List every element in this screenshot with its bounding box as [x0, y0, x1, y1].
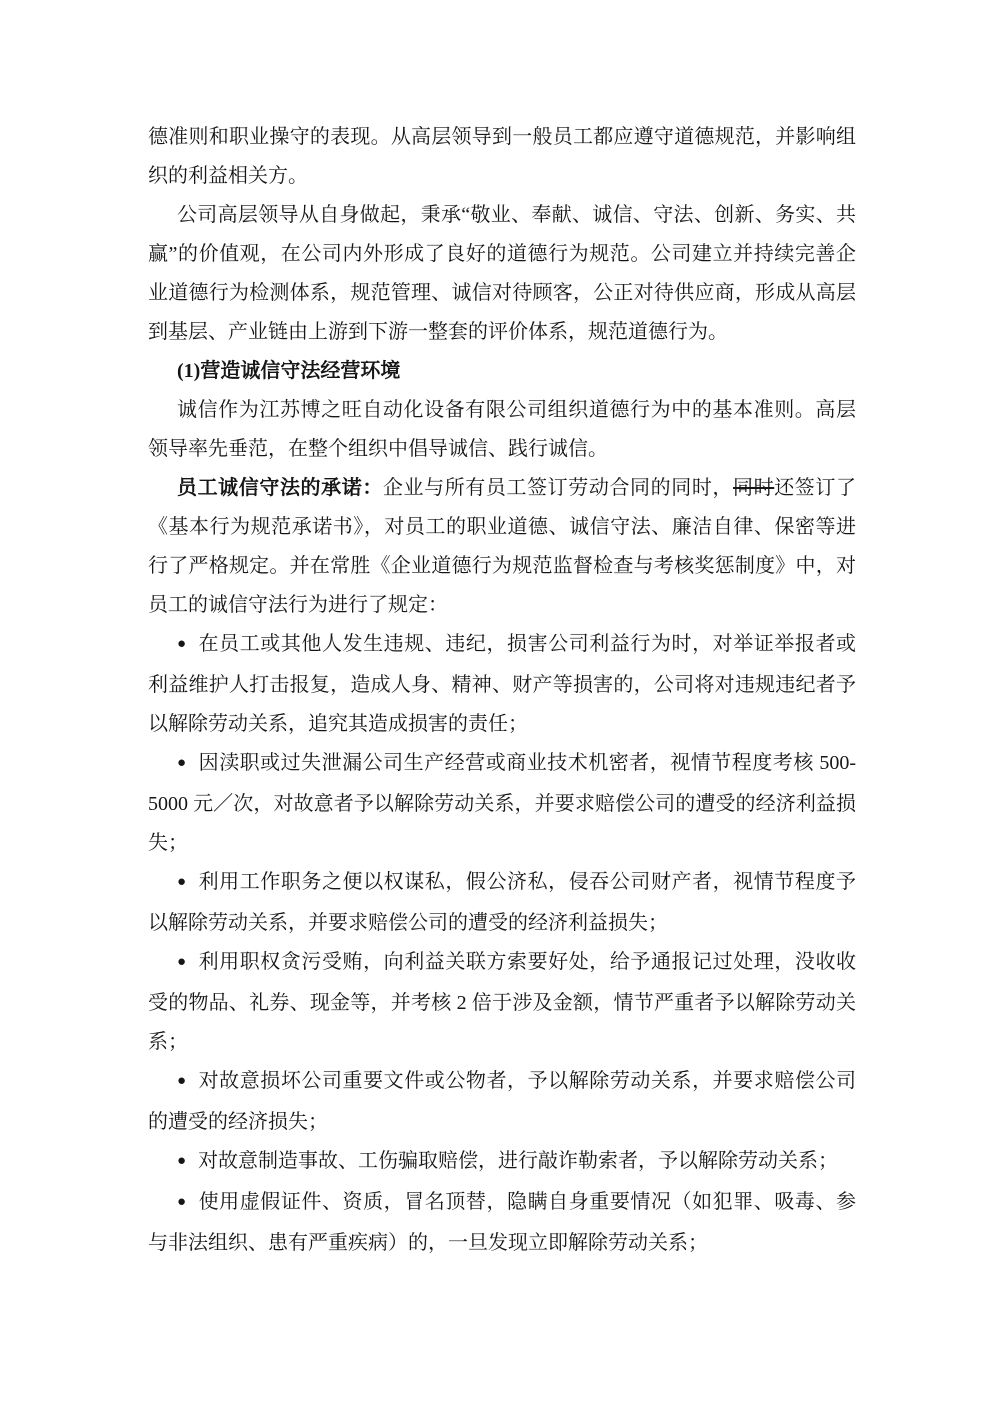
- bullet-text: 因渎职或过失泄漏公司生产经营或商业技术机密者，视情节程度考核 500-5000 …: [148, 752, 856, 854]
- bullet-item-2: ●因渎职或过失泄漏公司生产经营或商业技术机密者，视情节程度考核 500-5000…: [148, 744, 856, 863]
- bullet-icon: ●: [177, 1194, 187, 1210]
- bullet-item-7: ●使用虚假证件、资质，冒名顶替，隐瞒自身重要情况（如犯罪、吸毒、参与非法组织、患…: [148, 1183, 856, 1263]
- bullet-icon: ●: [177, 1153, 186, 1169]
- paragraph-employee-commitment: 员工诚信守法的承诺：企业与所有员工签订劳动合同的同时，同时还签订了《基本行为规范…: [148, 469, 856, 625]
- bullet-icon: ●: [177, 954, 187, 970]
- bullet-icon: ●: [177, 755, 187, 771]
- bullet-text: 利用职权贪污受贿，向利益关联方索要好处，给予通报记过处理，没收收受的物品、礼券、…: [148, 951, 856, 1053]
- commitment-text: 企业与所有员工签订劳动合同的同时，: [383, 477, 733, 499]
- bullet-text: 使用虚假证件、资质，冒名顶替，隐瞒自身重要情况（如犯罪、吸毒、参与非法组织、患有…: [148, 1191, 856, 1254]
- bullet-item-1: ●在员工或其他人发生违规、违纪，损害公司利益行为时，对举证举报者或利益维护人打击…: [148, 625, 856, 744]
- bullet-item-6: ●对故意制造事故、工伤骗取赔偿，进行敲诈勒索者，予以解除劳动关系；: [148, 1142, 856, 1183]
- bullet-item-3: ●利用工作职务之便以权谋私，假公济私，侵吞公司财产者，视情节程度予以解除劳动关系…: [148, 863, 856, 943]
- paragraph-integrity-intro: 诚信作为江苏博之旺自动化设备有限公司组织道德行为中的基本准则。高层领导率先垂范，…: [148, 391, 856, 469]
- bullet-text: 对故意制造事故、工伤骗取赔偿，进行敲诈勒索者，予以解除劳动关系；: [198, 1150, 838, 1172]
- bullet-item-5: ●对故意损坏公司重要文件或公物者，予以解除劳动关系，并要求赔偿公司的遭受的经济损…: [148, 1062, 856, 1142]
- bullet-text: 对故意损坏公司重要文件或公物者，予以解除劳动关系，并要求赔偿公司的遭受的经济损失…: [148, 1070, 856, 1133]
- document-page: 德准则和职业操守的表现。从高层领导到一般员工都应遵守道德规范，并影响组织的利益相…: [0, 0, 992, 1403]
- section-heading-1: (1)营造诚信守法经营环境: [148, 352, 856, 391]
- bullet-item-4: ●利用职权贪污受贿，向利益关联方索要好处，给予通报记过处理，没收收受的物品、礼券…: [148, 943, 856, 1062]
- paragraph-values: 公司高层领导从自身做起，秉承“敬业、奉献、诚信、守法、创新、务实、共赢”的价值观…: [148, 196, 856, 352]
- bullet-list: ●在员工或其他人发生违规、违纪，损害公司利益行为时，对举证举报者或利益维护人打击…: [148, 625, 856, 1263]
- bullet-icon: ●: [177, 874, 187, 890]
- commitment-lead-bold: 员工诚信守法的承诺：: [177, 477, 383, 499]
- strikethrough-text: 同时: [733, 477, 774, 499]
- bullet-text: 在员工或其他人发生违规、违纪，损害公司利益行为时，对举证举报者或利益维护人打击报…: [148, 633, 856, 735]
- bullet-icon: ●: [177, 1073, 187, 1089]
- bullet-text: 利用工作职务之便以权谋私，假公济私，侵吞公司财产者，视情节程度予以解除劳动关系，…: [148, 871, 856, 934]
- paragraph-continuation: 德准则和职业操守的表现。从高层领导到一般员工都应遵守道德规范，并影响组织的利益相…: [148, 118, 856, 196]
- bullet-icon: ●: [177, 636, 187, 652]
